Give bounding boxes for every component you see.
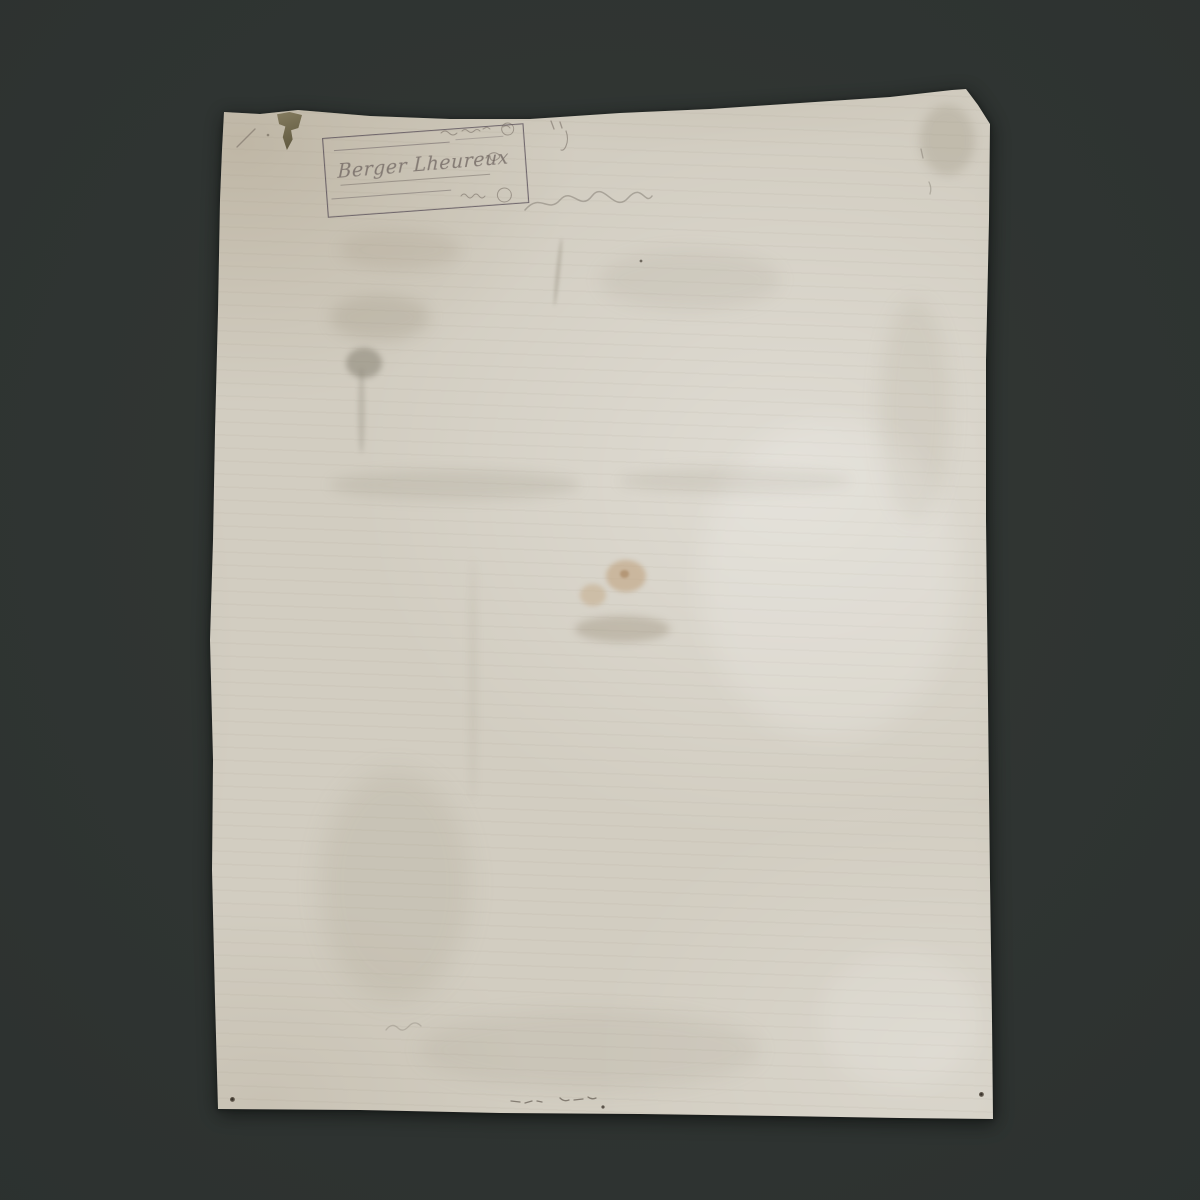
pinhole	[230, 1097, 235, 1102]
crease-line	[552, 238, 563, 306]
smudge-band	[620, 468, 850, 494]
pencil-tick	[929, 182, 931, 194]
smudge-drip	[358, 368, 365, 453]
brown-stain	[606, 560, 646, 592]
paper-edge-shading	[0, 0, 1200, 1200]
stamp-box-rule	[334, 142, 450, 151]
pinhole	[979, 1092, 984, 1097]
smudge-band	[600, 250, 780, 310]
smudge-band	[420, 1010, 760, 1090]
stamp-box-rule	[455, 136, 503, 141]
paper-sheet-shadow: Berger Lheureux	[0, 0, 1200, 1200]
brown-stain	[580, 584, 606, 606]
light-patch	[820, 950, 980, 1090]
faint-scribble	[386, 1023, 421, 1030]
bottom-pencil-marks	[511, 1101, 542, 1103]
smudge	[575, 616, 670, 642]
bottom-pencil-marks	[560, 1097, 596, 1101]
faint-signature-scribble	[525, 192, 652, 210]
tear-patch	[276, 112, 302, 150]
smudge-mottle	[320, 770, 470, 1000]
ink-dot	[267, 134, 270, 137]
stamp-box-rule	[331, 190, 451, 200]
ink-dot	[601, 1105, 604, 1108]
fold-shade	[470, 560, 476, 800]
smudge-dark-spot	[346, 348, 382, 378]
stamp-box: Berger Lheureux	[322, 123, 529, 218]
pencil-tick	[551, 121, 562, 129]
pencil-j-mark	[561, 131, 568, 150]
photo-backdrop: Berger Lheureux	[0, 0, 1200, 1200]
smudge	[330, 295, 430, 340]
paper-sheet: Berger Lheureux	[0, 0, 1200, 1200]
light-patch	[700, 420, 960, 740]
corner-shade	[920, 105, 975, 175]
smudge	[340, 230, 460, 270]
stain-speck	[620, 570, 629, 578]
ink-dot	[640, 260, 643, 263]
smudge-band	[330, 470, 580, 500]
pencil-tick	[921, 149, 923, 158]
pencil-scribbles	[0, 0, 1200, 1200]
corner-pencil-line	[237, 129, 255, 147]
smudge-streaks	[880, 300, 950, 520]
